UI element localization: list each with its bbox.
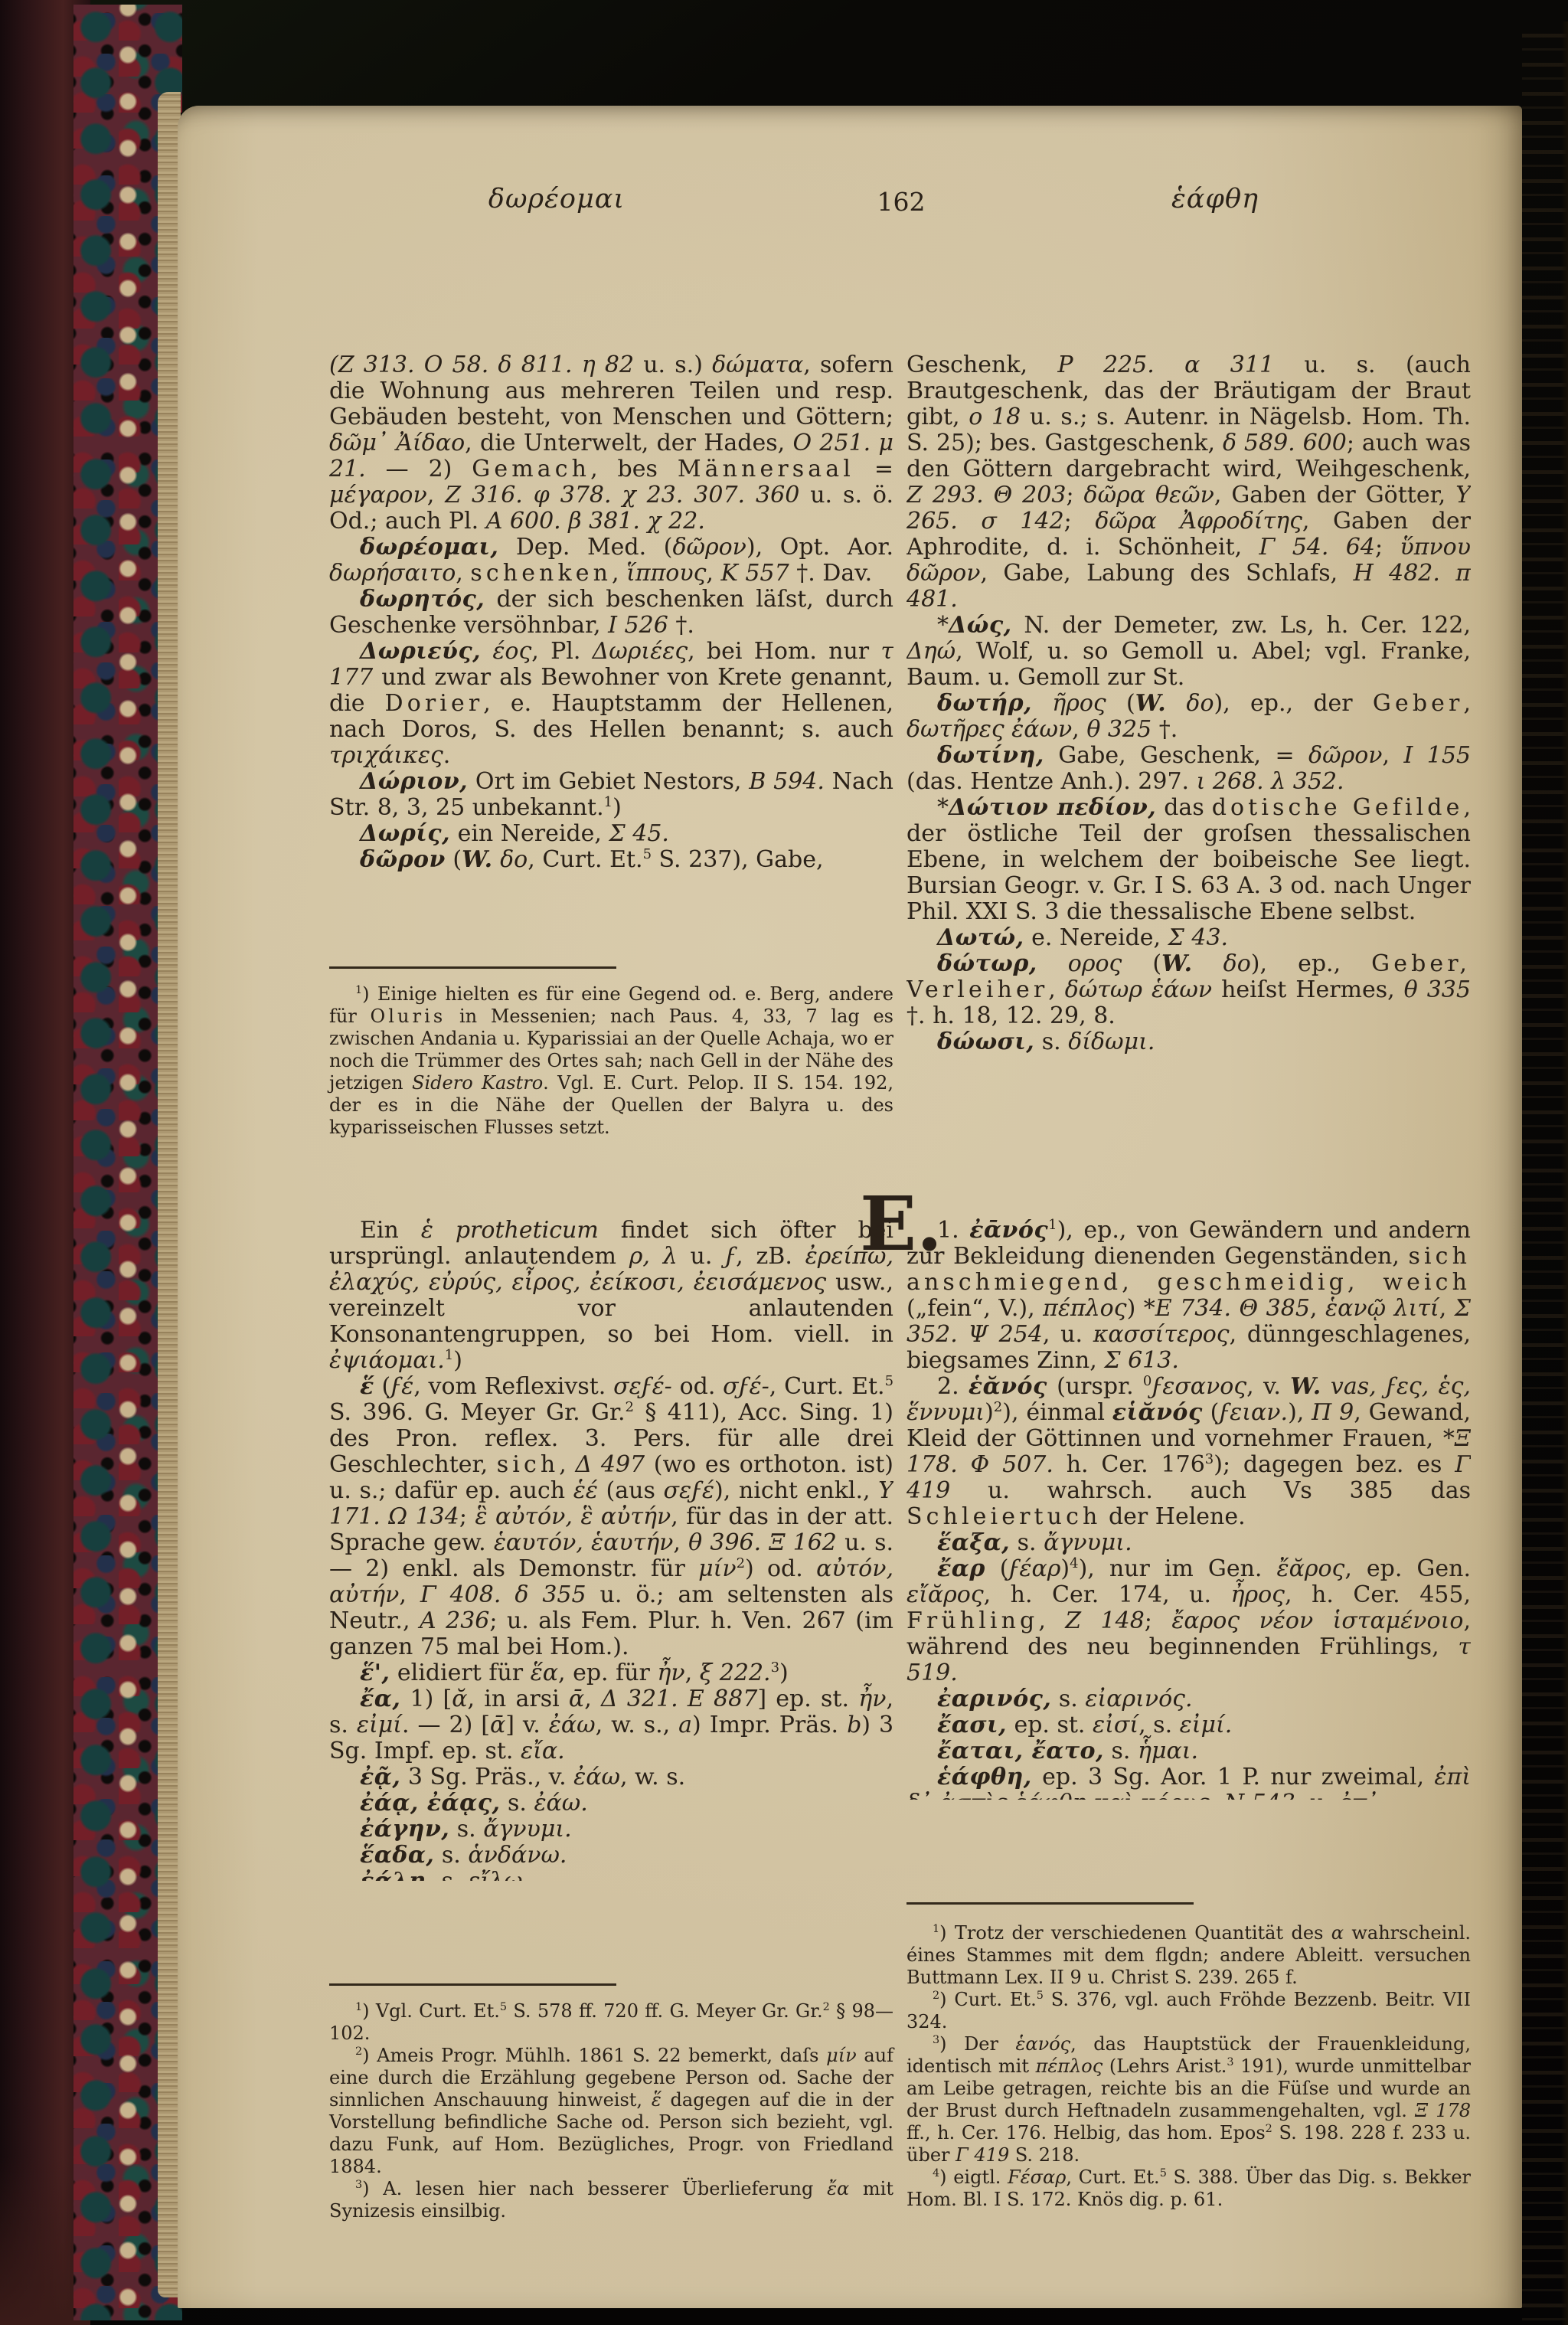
footnotes-epsilon-left: 1) Vgl. Curt. Et.5 S. 578 ff. 720 ff. G.… bbox=[329, 2000, 893, 2222]
paragraph: ἔασι, ep. st. εἰσί, s. εἰμί. bbox=[906, 1712, 1471, 1738]
lemma: W. bbox=[1135, 690, 1166, 717]
paragraph: ἐάᾳ, ἐάᾳς, s. ἐάω. bbox=[329, 1790, 893, 1817]
text-segment: , bbox=[612, 560, 626, 587]
text-segment: , Wolf, u. so Gemoll u. Abel; vgl. Frank… bbox=[906, 638, 1471, 691]
lemma: ἔαται, ἔατο, bbox=[937, 1738, 1104, 1764]
text-segment: S. 578 ff. 720 ff. G. Meyer Gr. Gr. bbox=[507, 2000, 823, 2022]
text-segment: B 594. bbox=[749, 768, 825, 795]
text-segment: θ 396. Ξ 162 bbox=[688, 1529, 844, 1556]
text-segment: δῶρα Ἀφροδίτης bbox=[1095, 508, 1302, 535]
text-segment: („fein“, V.), bbox=[906, 1295, 1043, 1322]
text-segment: 1) [ bbox=[400, 1686, 452, 1712]
text-segment: ) bbox=[453, 1347, 462, 1374]
text-segment: , bbox=[706, 560, 720, 587]
text-segment: s. bbox=[449, 1816, 483, 1843]
text-segment: 5 bbox=[643, 846, 652, 862]
text-segment: ϝέαρ bbox=[1009, 1555, 1061, 1582]
text-segment: ἑανῷ λιτί bbox=[1325, 1295, 1439, 1322]
scanned-book-photo: δωρέομαι 162 ἑάφθη (Z 313. O 58. δ 811. … bbox=[0, 0, 1568, 2325]
lemma: Δωρίς, bbox=[360, 820, 450, 847]
paragraph: 3) Der ἑανός, das Hauptstück der Frauenk… bbox=[906, 2033, 1471, 2166]
text-segment: 0 bbox=[1143, 1373, 1151, 1389]
text-segment: Männersaal bbox=[678, 456, 854, 482]
text-segment: 1. bbox=[937, 1218, 969, 1244]
text-segment: ] ep. st. bbox=[757, 1686, 858, 1712]
facing-page-edge bbox=[1522, 21, 1568, 2325]
text-segment: ) bbox=[1060, 1555, 1070, 1582]
text-segment: 2 bbox=[933, 1990, 939, 2002]
text-segment: , bbox=[1463, 690, 1471, 717]
paragraph: ἐάλη, s. εἴλω. bbox=[329, 1869, 893, 1881]
text-segment: S. 237), Gabe, bbox=[652, 846, 823, 873]
text-segment: Z 148 bbox=[1065, 1607, 1145, 1634]
text-segment: 3 bbox=[355, 2179, 362, 2191]
text-segment: ϝειαν. bbox=[1219, 1399, 1288, 1426]
text-segment: o 18 bbox=[969, 404, 1030, 430]
lemma: ἐάλη, bbox=[360, 1868, 434, 1881]
paragraph: ἕ (ϝέ, vom Reflexivst. σεϝέ- od. σϝέ-, C… bbox=[329, 1374, 893, 1660]
paragraph: 2. ἑᾰνός (urspr. 0ϝεσανος, v. W. vas, ϝε… bbox=[906, 1374, 1471, 1530]
text-segment: ) bbox=[779, 1660, 789, 1686]
lemma: δωτίνη, bbox=[937, 742, 1044, 769]
text-segment: * bbox=[937, 612, 949, 639]
lemma: W. bbox=[1290, 1373, 1321, 1400]
text-segment bbox=[1032, 690, 1052, 717]
text-segment: s. bbox=[1104, 1738, 1138, 1764]
text-segment: Z 316. φ 378. χ 23. 307. 360 bbox=[445, 482, 810, 508]
lemma: δώωσι, bbox=[937, 1028, 1034, 1055]
text-segment: ), Opt. Aor. bbox=[746, 534, 893, 561]
paragraph: ἐαρινός, s. εἰαρινός. bbox=[906, 1686, 1471, 1712]
paragraph: δωρητός, der sich beschenken läſst, durc… bbox=[329, 587, 893, 639]
lemma: εἱᾰνός bbox=[1112, 1399, 1203, 1426]
text-segment: 4 bbox=[1070, 1555, 1078, 1571]
text-segment: τριχάικες bbox=[329, 742, 443, 769]
text-segment: ) eigtl. bbox=[939, 2166, 1008, 2188]
text-segment: †. h. 18, 12. 29, 8. bbox=[906, 1002, 1116, 1029]
text-segment: δωτῆρες ἐάων bbox=[906, 716, 1072, 743]
lemma: ἐᾷ, bbox=[360, 1764, 400, 1790]
text-segment: ; bbox=[459, 1503, 475, 1530]
text-segment: θ 325 bbox=[1086, 716, 1151, 743]
paragraph: 4) eigtl. Ϝέσαρ, Curt. Et.5 S. 388. Über… bbox=[906, 2166, 1471, 2211]
text-segment: , Pl. bbox=[531, 638, 592, 665]
text-segment: , w. s. bbox=[620, 1764, 685, 1790]
text-segment: 5 bbox=[1037, 1990, 1044, 2002]
text-segment: s. bbox=[1010, 1529, 1044, 1556]
text-segment: ) Vgl. Curt. Et. bbox=[362, 2000, 500, 2022]
text-segment: S. 396. G. Meyer Gr. Gr. bbox=[329, 1399, 626, 1426]
text-segment: , v. bbox=[1246, 1373, 1290, 1400]
text-segment: , Curt. Et. bbox=[769, 1373, 885, 1400]
text-segment: 1 bbox=[355, 984, 362, 996]
text-segment: I 155 bbox=[1403, 742, 1471, 769]
text-segment: ( bbox=[985, 1555, 1009, 1582]
text-segment: Γ 408. δ 355 bbox=[420, 1581, 600, 1608]
text-segment: , bbox=[1048, 976, 1065, 1003]
lemma: δωρητός, bbox=[360, 586, 485, 613]
footnotes-epsilon-right: 1) Trotz der verschiedenen Quantität des… bbox=[906, 1922, 1471, 2211]
text-segment: ἑαυτόν, ἑαυτήν bbox=[494, 1529, 674, 1556]
text-segment: μέγαρον bbox=[329, 482, 427, 508]
text-segment: elidiert für bbox=[390, 1660, 530, 1686]
lemma: ἕ', bbox=[360, 1660, 390, 1686]
paragraph: δώωσι, s. δίδωμι. bbox=[906, 1029, 1471, 1055]
text-segment: Geschenk, bbox=[906, 352, 1057, 378]
paragraph: 1) Trotz der verschiedenen Quantität des… bbox=[906, 1922, 1471, 1989]
text-segment: , zB. bbox=[736, 1243, 805, 1270]
text-segment: , bbox=[673, 1529, 688, 1556]
text-segment: Δωριέες bbox=[593, 638, 688, 665]
text-segment bbox=[1166, 690, 1186, 717]
paragraph: ἔαται, ἔατο, s. ἧμαι. bbox=[906, 1738, 1471, 1764]
text-segment: ϝεσανος bbox=[1151, 1373, 1246, 1400]
text-segment: δο bbox=[1186, 690, 1214, 717]
text-segment: heiſst Hermes, bbox=[1212, 976, 1404, 1003]
text-segment: , vom Reflexivst. bbox=[413, 1373, 613, 1400]
text-segment: s. bbox=[1051, 1686, 1085, 1712]
text-segment: ) * bbox=[1127, 1295, 1155, 1322]
lemma: δῶρον bbox=[360, 846, 446, 873]
text-segment: , bbox=[1310, 1295, 1325, 1322]
text-segment: s. bbox=[434, 1842, 468, 1869]
text-segment: ein Nereide, bbox=[450, 820, 609, 847]
text-segment: Γ 419 bbox=[955, 2144, 1009, 2166]
column-epsilon-left: Ein ἑ protheticum findet sich öfter bei … bbox=[329, 1218, 893, 1881]
footnotes-delta-left: 1) Einige hielten es für eine Gegend od.… bbox=[329, 983, 893, 1139]
text-segment: †. bbox=[1151, 716, 1178, 743]
text-segment: Δηώ bbox=[906, 638, 955, 665]
text-segment: A 600. β 381. χ 22. bbox=[486, 508, 705, 535]
text-segment: δ 589. 600 bbox=[1223, 430, 1347, 456]
text-segment: 2 bbox=[355, 2045, 362, 2058]
text-segment: ᾱ bbox=[490, 1712, 505, 1738]
text-segment: Δ 497 bbox=[576, 1451, 645, 1478]
text-segment: 2. bbox=[937, 1373, 969, 1400]
text-segment: dotische Gefilde bbox=[1212, 794, 1464, 821]
lemma: Δωριεύς, bbox=[360, 638, 481, 665]
paragraph: Geschenk, P 225. α 311 u. s. (auch Braut… bbox=[906, 352, 1471, 613]
text-segment: s. bbox=[434, 1868, 468, 1881]
text-segment: , h. Cer. 455, bbox=[1285, 1581, 1471, 1608]
lemma: ἑᾰνός bbox=[969, 1373, 1047, 1400]
text-segment: Sidero Kastro bbox=[412, 1072, 543, 1094]
text-segment: , bbox=[685, 1660, 700, 1686]
lemma: Δώριον, bbox=[360, 768, 468, 795]
column-delta-left: (Z 313. O 58. δ 811. η 82 u. s.) δώματα,… bbox=[329, 352, 893, 971]
lemma: Δώς, bbox=[949, 612, 1012, 639]
text-segment: (Lehrs Arist. bbox=[1102, 2055, 1227, 2077]
text-segment: ἵππους bbox=[626, 560, 706, 587]
text-segment: , bbox=[584, 1686, 601, 1712]
lemma: δωτήρ, bbox=[937, 690, 1032, 717]
text-segment: u. wahrsch. auch Vs 385 das bbox=[950, 1477, 1471, 1504]
text-segment: Κ 557 bbox=[720, 560, 789, 587]
text-segment: , Gabe, Labung des Schlafs, bbox=[980, 560, 1353, 587]
paragraph: Ein ἑ protheticum findet sich öfter bei … bbox=[329, 1218, 893, 1374]
header-keyword-right: ἑάφθη bbox=[1089, 184, 1341, 214]
paragraph: 3) A. lesen hier nach besserer Überliefe… bbox=[329, 2178, 893, 2222]
text-segment: ), nicht enkl., bbox=[714, 1477, 878, 1504]
text-segment: Z 293. Θ 203 bbox=[906, 482, 1066, 508]
text-segment: ); dagegen bez. es bbox=[1214, 1451, 1455, 1478]
text-segment: ἦν bbox=[657, 1660, 684, 1686]
text-segment: (Z 313. O 58. δ 811. η 82 bbox=[329, 352, 643, 378]
text-segment: δο bbox=[500, 846, 528, 873]
text-segment: , bes bbox=[590, 456, 678, 482]
text-segment: , bbox=[1210, 1790, 1224, 1800]
text-segment: Δ 321. E 887 bbox=[601, 1686, 757, 1712]
text-segment: , in arsi bbox=[468, 1686, 569, 1712]
text-segment bbox=[493, 846, 501, 873]
text-segment: 1 bbox=[445, 1347, 453, 1363]
text-segment: E 734. Θ 385 bbox=[1155, 1295, 1310, 1322]
text-segment: ῆρος bbox=[1052, 690, 1106, 717]
text-segment: a bbox=[678, 1712, 692, 1738]
lemma: W. bbox=[1161, 950, 1192, 977]
text-segment: ) Curt. Et. bbox=[939, 1989, 1037, 2010]
text-segment: ] v. bbox=[505, 1712, 549, 1738]
text-segment: h. Cer. 176 bbox=[1053, 1451, 1205, 1478]
text-segment: ( bbox=[446, 846, 462, 873]
text-segment: κασσίτερος bbox=[1093, 1321, 1230, 1348]
text-segment: σεϝέ bbox=[663, 1477, 714, 1504]
text-segment: ᾱ bbox=[569, 1686, 584, 1712]
text-segment: Π 9 bbox=[1312, 1399, 1354, 1426]
lemma: ἔαρ bbox=[937, 1555, 985, 1582]
text-segment: schenken bbox=[470, 560, 612, 587]
text-segment: (aus bbox=[598, 1477, 664, 1504]
text-segment: δωρήσαιτο bbox=[329, 560, 456, 587]
text-segment: εἴλω. bbox=[468, 1868, 530, 1881]
text-segment: ), bbox=[1288, 1399, 1312, 1426]
text-segment: 4 bbox=[933, 2167, 939, 2179]
text-segment: δώτωρ ἑάων bbox=[1065, 976, 1212, 1003]
text-segment: ἄγνυμι. bbox=[483, 1816, 571, 1843]
paragraph: ἕ', elidiert für ἕα, ep. für ἦν, ξ 222.3… bbox=[329, 1660, 893, 1686]
text-segment: , Curt. Et. bbox=[528, 846, 642, 873]
paragraph: δώτωρ, ορος (W. δο), ep., Geber, Verleih… bbox=[906, 951, 1471, 1029]
text-segment: , u. bbox=[1043, 1321, 1093, 1348]
text-segment: ἓ αὐτόν, ἓ αὐτήν bbox=[475, 1503, 671, 1530]
text-segment: εἰαρινός. bbox=[1085, 1686, 1192, 1712]
text-segment: ) od. bbox=[745, 1555, 816, 1582]
text-segment: 1 bbox=[355, 2001, 362, 2013]
text-segment: 3 Sg. Präs., v. bbox=[400, 1764, 573, 1790]
paragraph: δωτίνη, Gabe, Geschenk, = δῶρον, I 155 (… bbox=[906, 743, 1471, 795]
text-segment: έος bbox=[492, 638, 531, 665]
text-segment: ἔα bbox=[827, 2178, 849, 2199]
paragraph: *Δώς, N. der Demeter, zw. Ls, h. Cer. 12… bbox=[906, 613, 1471, 691]
text-segment: ἦν bbox=[858, 1686, 886, 1712]
text-segment: ἐάω bbox=[549, 1712, 596, 1738]
text-segment: 2 bbox=[823, 2001, 830, 2013]
text-segment: 1 bbox=[604, 794, 612, 810]
paragraph: Δωτώ, e. Nereide, Σ 43. bbox=[906, 925, 1471, 951]
text-segment: ἑέ bbox=[573, 1477, 598, 1504]
text-segment: b bbox=[847, 1712, 861, 1738]
text-segment: N. der Demeter, zw. Ls, h. Cer. 122, bbox=[1012, 612, 1471, 639]
footnote-rule bbox=[329, 1983, 616, 1986]
text-segment: P 225. α 311 bbox=[1057, 352, 1304, 378]
text-segment: ), éinmal bbox=[1002, 1399, 1112, 1426]
lemma: ἐάγην, bbox=[360, 1816, 449, 1843]
text-segment: N 543. bbox=[1224, 1790, 1303, 1800]
text-segment: Ort im Gebiet Nestors, bbox=[468, 768, 749, 795]
lemma: δώτωρ, bbox=[937, 950, 1037, 977]
text-segment: 3 bbox=[771, 1660, 779, 1676]
text-segment: u. s.) bbox=[643, 352, 712, 378]
text-segment: 1 bbox=[1048, 1218, 1057, 1233]
text-segment: Σ 43. bbox=[1168, 924, 1228, 951]
text-segment: ρ, λ bbox=[629, 1243, 678, 1270]
paragraph: Δωριεύς, έος, Pl. Δωριέες, bei Hom. nur … bbox=[329, 639, 893, 769]
text-segment: θ 335 bbox=[1404, 976, 1471, 1003]
text-segment: δῶρον bbox=[672, 534, 746, 561]
text-segment: Σ 613. bbox=[1104, 1347, 1179, 1374]
text-segment: σεϝέ- bbox=[613, 1373, 672, 1400]
text-segment: ( bbox=[1106, 690, 1135, 717]
text-segment: . bbox=[443, 742, 451, 769]
footnote-rule bbox=[329, 966, 616, 969]
text-segment: , die Unterwelt, der Hades, bbox=[465, 430, 792, 456]
paragraph: ἐᾷ, 3 Sg. Präs., v. ἐάω, w. s. bbox=[329, 1764, 893, 1790]
footnote-rule bbox=[906, 1902, 1194, 1905]
text-segment: ) bbox=[985, 1399, 994, 1426]
text-segment: 1 bbox=[933, 1923, 939, 1935]
text-segment: ( bbox=[374, 1373, 390, 1400]
text-segment: , Curt. Et. bbox=[1066, 2166, 1159, 2188]
paragraph: δωτήρ, ῆρος (W. δο), ep., der Geber, δωτ… bbox=[906, 691, 1471, 743]
text-segment: εἴα. bbox=[521, 1738, 565, 1764]
text-segment: Dorier bbox=[385, 690, 484, 717]
text-segment: ; bbox=[1066, 482, 1083, 508]
paragraph: 2) Curt. Et.5 S. 376, vgl. auch Fröhde B… bbox=[906, 1989, 1471, 2033]
lemma: ἔα, bbox=[360, 1686, 400, 1712]
text-segment: 3 bbox=[1227, 2056, 1233, 2068]
lemma: ἐαρινός, bbox=[937, 1686, 1051, 1712]
paragraph: ἔαρ (ϝέαρ)4), nur im Gen. ἔᾰρος, ep. Gen… bbox=[906, 1556, 1471, 1686]
text-segment: ἦρος bbox=[1231, 1581, 1285, 1608]
paragraph: 1) Vgl. Curt. Et.5 S. 578 ff. 720 ff. G.… bbox=[329, 2000, 893, 2045]
text-segment: 3 bbox=[933, 2034, 939, 2046]
text-segment: u. bbox=[678, 1243, 725, 1270]
text-segment: ἐπ᾽ bbox=[1339, 1790, 1378, 1800]
paragraph: ἐάγην, s. ἄγνυμι. bbox=[329, 1817, 893, 1843]
text-segment: . — 2) [ bbox=[402, 1712, 490, 1738]
lemma: ἑάφθη, bbox=[937, 1764, 1032, 1790]
text-segment: , bbox=[1439, 1295, 1455, 1322]
text-segment: ἁνδάνω. bbox=[468, 1842, 567, 1869]
text-segment: ) Impr. Präs. bbox=[692, 1712, 847, 1738]
text-segment: , bbox=[1383, 742, 1404, 769]
text-segment: Geber bbox=[1373, 690, 1464, 717]
text-segment: ἕ bbox=[652, 2089, 661, 2111]
text-segment: ) A. lesen hier nach besserer Überliefer… bbox=[362, 2178, 827, 2199]
paragraph: δῶρον (W. δο, Curt. Et.5 S. 237), Gabe, bbox=[329, 847, 893, 873]
text-segment: , ep. für bbox=[558, 1660, 657, 1686]
text-segment: , bbox=[456, 560, 470, 587]
text-segment: , h. Cer. 174, u. bbox=[984, 1581, 1231, 1608]
text-segment: πέπλος bbox=[1036, 2055, 1103, 2077]
text-segment: εἰμί. bbox=[1180, 1712, 1233, 1738]
text-segment: δίδωμι. bbox=[1068, 1028, 1155, 1055]
text-segment: δο bbox=[1223, 950, 1251, 977]
text-segment: ϝέ bbox=[390, 1373, 413, 1400]
lemma: ἕαδα, bbox=[360, 1842, 434, 1869]
text-segment: 5 bbox=[1160, 2167, 1167, 2179]
text-segment: S. 218. bbox=[1009, 2144, 1080, 2166]
text-segment: ) Der bbox=[939, 2033, 1015, 2055]
text-segment: , bbox=[427, 482, 446, 508]
text-segment: s. bbox=[500, 1790, 534, 1817]
paragraph: 1. ἐᾱνός1), ep., von Gewändern und ander… bbox=[906, 1218, 1471, 1374]
lemma: W. bbox=[462, 846, 492, 873]
lemma: Δώτιον πεδίον, bbox=[949, 794, 1156, 821]
text-segment: 2 bbox=[737, 1555, 745, 1571]
paragraph: Δώριον, Ort im Gebiet Nestors, B 594. Na… bbox=[329, 769, 893, 821]
column-epsilon-right: 1. ἐᾱνός1), ep., von Gewändern und ander… bbox=[906, 1218, 1471, 1800]
text-segment: Ξ 178 bbox=[1415, 2100, 1471, 2121]
lemma: δωρέομαι, bbox=[360, 534, 498, 561]
text-segment: , bbox=[559, 1451, 575, 1478]
lemma: ἐᾱνός bbox=[969, 1218, 1048, 1244]
text-segment: μίν bbox=[698, 1555, 737, 1582]
text-segment: 2 bbox=[1266, 2123, 1272, 2135]
paragraph: ἑάφθη, ep. 3 Sg. Aor. 1 P. nur zweimal, … bbox=[906, 1764, 1471, 1800]
text-segment: , bbox=[1072, 716, 1086, 743]
text-segment: , bbox=[399, 1581, 420, 1608]
text-segment: ) Ameis Progr. Mühlh. 1861 S. 22 bemerkt… bbox=[362, 2045, 826, 2066]
text-segment: πέπλος bbox=[1043, 1295, 1126, 1322]
text-segment: ; bbox=[1064, 508, 1096, 535]
text-segment: α bbox=[1331, 1922, 1344, 1944]
text-segment: ξ 222. bbox=[700, 1660, 771, 1686]
text-segment: (urspr. bbox=[1047, 1373, 1143, 1400]
text-segment: sich bbox=[497, 1451, 560, 1478]
text-segment: Gemach bbox=[472, 456, 590, 482]
text-segment: * bbox=[937, 794, 949, 821]
text-segment: , s. bbox=[1138, 1712, 1180, 1738]
text-segment: = bbox=[854, 456, 893, 482]
lemma: ἐάᾳ, ἐάᾳς, bbox=[360, 1790, 500, 1817]
text-segment: (das. Hentze Anh.). 297. bbox=[906, 768, 1197, 795]
text-segment: ἐάω. bbox=[534, 1790, 587, 1817]
text-segment: ἄγνυμι. bbox=[1044, 1529, 1132, 1556]
text-segment: 5 bbox=[885, 1373, 893, 1389]
text-segment: e. Nereide, bbox=[1024, 924, 1168, 951]
text-segment: Frühling bbox=[906, 1607, 1038, 1634]
text-segment: ), ep., bbox=[1251, 950, 1371, 977]
text-segment: Γ 54. 64 bbox=[1259, 534, 1375, 561]
text-segment: A 236 bbox=[420, 1607, 489, 1634]
text-segment: ἐψιάομαι. bbox=[329, 1347, 445, 1374]
text-segment: ) Trotz der verschiedenen Quantität des bbox=[939, 1922, 1331, 1944]
lemma: Δωτώ, bbox=[937, 924, 1024, 951]
text-segment: , bbox=[1038, 1607, 1065, 1634]
text-segment: δῶρον bbox=[1308, 742, 1382, 769]
text-segment: 3 bbox=[1205, 1451, 1214, 1467]
text-segment: ; bbox=[1375, 534, 1400, 561]
text-segment: ), nur im Gen. bbox=[1079, 1555, 1277, 1582]
text-segment: Gabe, Geschenk, = bbox=[1044, 742, 1308, 769]
text-segment: ορος bbox=[1068, 950, 1122, 977]
text-segment bbox=[481, 638, 492, 665]
text-segment bbox=[1193, 950, 1223, 977]
text-segment: εἴᾰρος bbox=[906, 1581, 984, 1608]
text-segment: s. bbox=[1034, 1028, 1068, 1055]
text-segment: u. bbox=[1302, 1790, 1339, 1800]
